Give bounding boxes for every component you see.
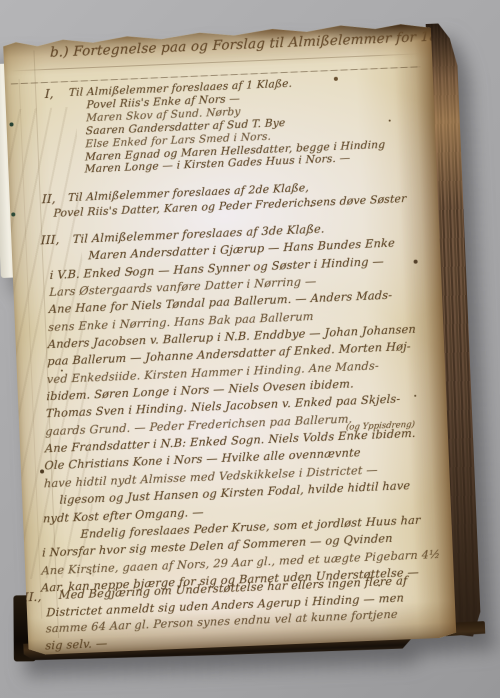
section-class-1: I, Til Almißelemmer foreslaaes af 1 Klaß… xyxy=(43,72,439,179)
interline-note: (og Yppisdreng) xyxy=(345,417,416,437)
foxing-specks xyxy=(3,40,5,42)
page-heading: b.) Fortegnelse paa og Forslag til Almiß… xyxy=(50,28,461,61)
handwriting-layer: b.) Fortegnelse paa og Forslag til Almiß… xyxy=(7,21,452,656)
book: b.) Fortegnelse paa og Forslag til Almiß… xyxy=(3,21,481,671)
section-numeral: I, xyxy=(45,88,54,101)
photo-scene: b.) Fortegnelse paa og Forslag til Almiß… xyxy=(0,0,500,698)
section-numeral: II, xyxy=(42,192,56,207)
section-class-3: III, Til Almißelemmer foreslaaes af 3de … xyxy=(31,216,435,597)
manuscript-page: b.) Fortegnelse paa og Forslag til Almiß… xyxy=(3,22,456,655)
section-numeral: III, xyxy=(41,232,60,250)
section-class-2: II, Til Almißelemmer foreslaaes af 2de K… xyxy=(41,176,435,222)
